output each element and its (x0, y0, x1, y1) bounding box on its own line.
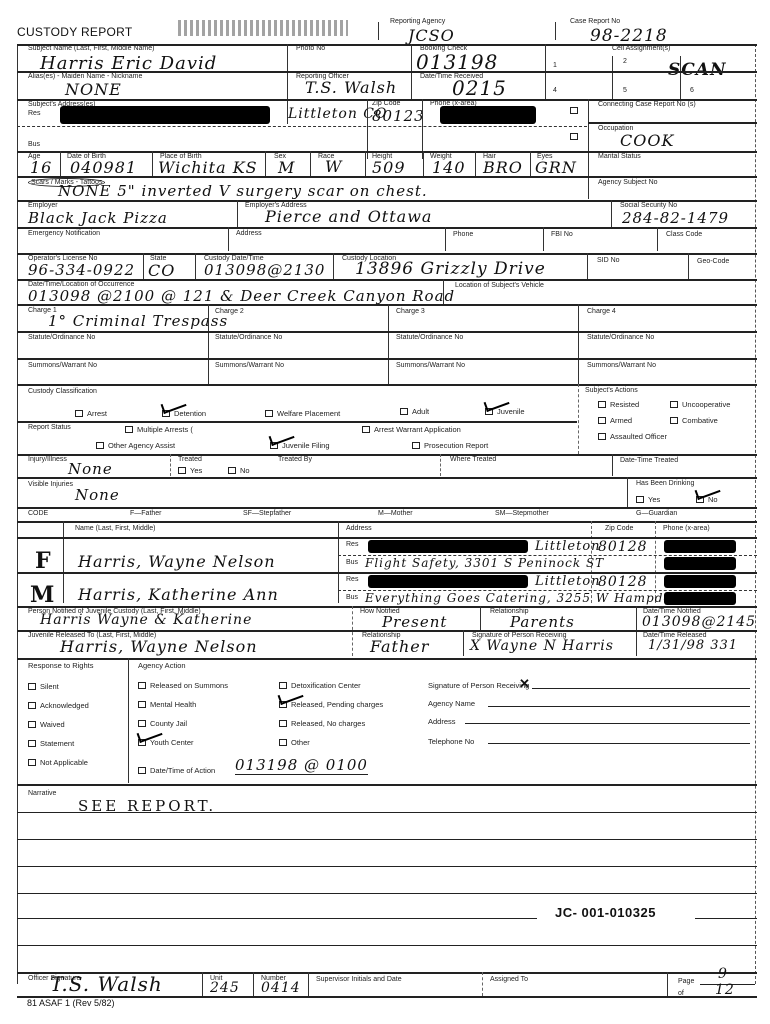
treated-yes-option[interactable]: Yes (178, 466, 202, 475)
drinking-no-option[interactable]: No (696, 495, 718, 504)
detention-option[interactable]: Detention (162, 409, 206, 418)
detox-checkbox[interactable] (279, 682, 287, 689)
father-res-city: Littleton (535, 539, 601, 554)
res-label: Res (28, 110, 40, 117)
where-treated-label: Where Treated (450, 456, 496, 463)
father-code: F (35, 548, 52, 574)
redacted-mother-address (368, 575, 528, 588)
treated-yes-checkbox[interactable] (178, 467, 186, 474)
summons-1-label: Summons/Warrant No (28, 362, 97, 369)
redacted-mother-phone (664, 575, 736, 588)
relation-name-header: Name (Last, First, Middle) (75, 525, 156, 532)
youth-center-checkbox[interactable] (138, 739, 146, 746)
form-title: CUSTODY REPORT (17, 25, 133, 39)
how-notified-value: Present (382, 613, 447, 631)
cell-6: 6 (690, 87, 694, 94)
detox-option[interactable]: Detoxification Center (279, 681, 361, 690)
relation-zip-header: Zip Code (605, 525, 633, 532)
juvenile-option[interactable]: Juvenile (485, 407, 525, 416)
released-summons-checkbox[interactable] (138, 682, 146, 689)
supervisor-label: Supervisor Initials and Date (316, 976, 402, 983)
marital-label: Marital Status (598, 153, 641, 160)
occurrence-value: 013098 @2100 @ 121 & Deer Creek Canyon R… (28, 287, 455, 305)
resisted-option[interactable]: Resisted (598, 400, 639, 409)
page-label: Page (678, 978, 694, 985)
cell-1: 1 (553, 62, 557, 69)
mother-code: M (30, 582, 55, 608)
mental-health-checkbox[interactable] (138, 701, 146, 708)
statute-4-label: Statute/Ordinance No (587, 334, 654, 341)
subject-name-label: Subject Name (Last, First, Middle Name) (28, 45, 154, 52)
waived-checkbox[interactable] (28, 721, 36, 728)
aliases-label: Alias(es) - Maiden Name - Nickname (28, 73, 142, 80)
resisted-checkbox[interactable] (598, 401, 606, 408)
youth-center-option[interactable]: Youth Center (138, 738, 194, 747)
form-number: 81 ASAF 1 (Rev 5/82) (27, 998, 115, 1008)
drinking-label: Has Been Drinking (636, 480, 694, 487)
uncooperative-checkbox[interactable] (670, 401, 678, 408)
signature-receiving-value: X Wayne N Harris (470, 638, 614, 654)
mother-bus-label: Bus (346, 594, 358, 601)
mother-res-label: Res (346, 576, 358, 583)
cell-assignment-label: Cell Assignment(s) (612, 45, 670, 52)
cell-2: 2 (623, 58, 627, 65)
injury-label: Injury/Illness (28, 456, 67, 463)
cell-5: 5 (623, 87, 627, 94)
emergency-label: Emergency Notification (28, 230, 100, 237)
photo-no-label: Photo No (296, 45, 325, 52)
rights-silent[interactable]: Silent (28, 682, 59, 691)
charge-3-label: Charge 3 (396, 308, 425, 315)
armed-option[interactable]: Armed (598, 416, 632, 425)
dt-notified-value: 013098@2145 (642, 614, 756, 630)
height-value: 509 (372, 158, 406, 177)
bus-label: Bus (28, 141, 40, 148)
prosecution-report-checkbox[interactable] (412, 442, 420, 449)
ssn-label: Social Security No (620, 202, 677, 209)
redacted-address (60, 106, 270, 124)
reporting-agency-value: JCSO (408, 26, 455, 45)
combative-checkbox[interactable] (670, 417, 678, 424)
reporting-officer-value: T.S. Walsh (305, 78, 397, 97)
released-no-charges-checkbox[interactable] (279, 720, 287, 727)
legend-stepmother: SM—Stepmother (495, 510, 549, 517)
report-status-label: Report Status (28, 424, 71, 431)
phone2-label: Phone (453, 231, 473, 238)
hair-value: BRO (483, 158, 523, 177)
state-value: CO (148, 261, 175, 280)
other-option[interactable]: Other (279, 738, 310, 747)
released-summons-option[interactable]: Released on Summons (138, 681, 228, 690)
unit-value: 245 (210, 980, 240, 996)
released-to-value: Harris, Wayne Nelson (60, 637, 258, 656)
prosecution-report-option[interactable]: Prosecution Report (412, 441, 488, 450)
scars-value: NONE 5" inverted V surgery scar on chest… (58, 182, 428, 200)
rights-waived[interactable]: Waived (28, 720, 65, 729)
uncooperative-option[interactable]: Uncooperative (670, 400, 730, 409)
adult-checkbox[interactable] (400, 408, 408, 415)
license-value: 96-334-0922 (28, 261, 135, 279)
date-time-action-checkbox[interactable] (138, 767, 146, 774)
relationship-value: Parents (510, 613, 575, 631)
classification-label: Custody Classification (28, 388, 97, 395)
mother-bus: Everything Goes Catering, 3255 W Hampden (365, 591, 680, 605)
dob-value: 040981 (70, 158, 137, 177)
sig-receiving-label: Signature of Person Receiving (428, 681, 529, 690)
pob-value: Wichita KS (158, 158, 258, 177)
drinking-yes-checkbox[interactable] (636, 496, 644, 503)
agency-action-label: Agency Action (138, 661, 186, 670)
treated-by-label: Treated By (278, 456, 312, 463)
scribble-stamp (178, 20, 348, 36)
officer-signature-value: T.S. Walsh (50, 972, 163, 996)
rights-not-applicable[interactable]: Not Applicable (28, 758, 88, 767)
charge-1-value: 1° Criminal Trespass (48, 312, 228, 330)
statement-checkbox[interactable] (28, 740, 36, 747)
geo-code-label: Geo-Code (697, 258, 729, 265)
mother-name: Harris, Katherine Ann (78, 585, 279, 604)
employer-label: Employer (28, 202, 58, 209)
sex-value: M (278, 158, 295, 177)
injury-value: None (68, 460, 113, 478)
charge-4-label: Charge 4 (587, 308, 616, 315)
county-jail-checkbox[interactable] (138, 720, 146, 727)
bus-checkbox[interactable] (570, 133, 578, 140)
narrative-label: Narrative (28, 790, 56, 797)
father-bus-label: Bus (346, 559, 358, 566)
sid-label: SID No (597, 257, 620, 264)
agency-name-label: Agency Name (428, 699, 475, 708)
zip-label: Zip Code (372, 100, 400, 107)
acknowledged-checkbox[interactable] (28, 702, 36, 709)
sig-receiving-line[interactable] (532, 688, 750, 689)
date-time-action-option[interactable]: Date/Time of Action (138, 766, 215, 775)
agency-subject-label: Agency Subject No (598, 179, 658, 186)
rights-statement[interactable]: Statement (28, 739, 74, 748)
x-mark-icon: ✕ (519, 676, 530, 692)
telephone-label: Telephone No (428, 737, 474, 746)
father-name: Harris, Wayne Nelson (78, 552, 276, 571)
legend-father: F—Father (130, 510, 162, 517)
datetime-treated-label: Date-Time Treated (620, 457, 678, 464)
zip-value: 80123 (372, 107, 425, 125)
occupation-value: COOK (620, 131, 674, 150)
mother-res-city: Littleton (535, 574, 601, 589)
redacted-father-phone (664, 540, 736, 553)
case-report-value: 98-2218 (590, 26, 668, 46)
number-value: 0414 (261, 980, 301, 996)
legend-mother: M—Mother (378, 510, 413, 517)
mother-res-zip: 80128 (598, 574, 648, 590)
summons-4-label: Summons/Warrant No (587, 362, 656, 369)
father-bus: Flight Safety, 3301 S Peninock ST (365, 556, 604, 570)
arrest-checkbox[interactable] (75, 410, 83, 417)
reporting-agency-label: Reporting Agency (390, 18, 445, 25)
welfare-checkbox[interactable] (265, 410, 273, 417)
visible-injuries-label: Visible Injuries (28, 481, 73, 488)
detention-checkbox[interactable] (162, 410, 170, 417)
page-value: 9 (718, 966, 728, 982)
arrest-warrant-checkbox[interactable] (362, 426, 370, 433)
code-label: CODE (28, 510, 48, 517)
assaulted-checkbox[interactable] (598, 433, 606, 440)
rights-acknowledged[interactable]: Acknowledged (28, 701, 89, 710)
fbi-label: FBI No (551, 231, 573, 238)
aliases-value: NONE (65, 80, 122, 99)
action-address-label: Address (428, 717, 456, 726)
treated-no-checkbox[interactable] (228, 467, 236, 474)
released-relationship-value: Father (370, 637, 429, 656)
multiple-arrests-option[interactable]: Multiple Arrests ( (125, 425, 193, 434)
employer-value: Black Jack Pizza (28, 209, 168, 227)
juvenile-checkbox[interactable] (485, 408, 493, 415)
welfare-option[interactable]: Welfare Placement (265, 409, 340, 418)
silent-checkbox[interactable] (28, 683, 36, 690)
statute-2-label: Statute/Ordinance No (215, 334, 282, 341)
cell-assignment-value: SCAN (668, 60, 727, 80)
redacted-father-address (368, 540, 528, 553)
relation-phone-header: Phone (x-area) (663, 525, 710, 532)
telephone-line[interactable] (488, 743, 750, 744)
agency-name-line[interactable] (488, 706, 750, 707)
redacted-phone (440, 106, 536, 124)
juvenile-filing-option[interactable]: Juvenile Filing (270, 441, 330, 450)
custody-datetime-value: 013098@2130 (204, 261, 325, 279)
weight-value: 140 (432, 158, 466, 177)
eyes-value: GRN (535, 158, 577, 177)
vehicle-location-label: Location of Subject's Vehicle (455, 282, 544, 289)
drinking-no-checkbox[interactable] (696, 496, 704, 503)
adult-option[interactable]: Adult (400, 407, 429, 416)
class-code-label: Class Code (666, 231, 702, 238)
dt-released-value: 1/31/98 331 (648, 638, 738, 653)
custody-location-value: 13896 Grizzly Drive (355, 259, 546, 279)
drinking-yes-option[interactable]: Yes (636, 495, 660, 504)
released-no-charges-option[interactable]: Released, No charges (279, 719, 365, 728)
released-pending-option[interactable]: Released, Pending charges (279, 700, 383, 709)
not-applicable-checkbox[interactable] (28, 759, 36, 766)
arrest-warrant-option[interactable]: Arrest Warrant Application (362, 425, 461, 434)
released-pending-checkbox[interactable] (279, 701, 287, 708)
visible-injuries-value: None (75, 486, 120, 504)
age-value: 16 (30, 158, 52, 177)
summons-2-label: Summons/Warrant No (215, 362, 284, 369)
treated-no-option[interactable]: No (228, 466, 250, 475)
assaulted-option[interactable]: Assaulted Officer (598, 432, 667, 441)
other-checkbox[interactable] (279, 739, 287, 746)
combative-option[interactable]: Combative (670, 416, 718, 425)
father-res-label: Res (346, 541, 358, 548)
armed-checkbox[interactable] (598, 417, 606, 424)
statute-1-label: Statute/Ordinance No (28, 334, 95, 341)
arrest-option[interactable]: Arrest (75, 409, 107, 418)
case-report-label: Case Report No (570, 18, 620, 25)
document-stamp: JC- 001-010325 (555, 905, 656, 920)
summons-3-label: Summons/Warrant No (396, 362, 465, 369)
cell-4: 4 (553, 87, 557, 94)
redacted-mother-bus-phone (664, 592, 736, 605)
notified-value: Harris Wayne & Katherine (40, 612, 252, 628)
other-agency-checkbox[interactable] (96, 442, 104, 449)
action-address-line[interactable] (465, 723, 750, 724)
legend-guardian: G—Guardian (636, 510, 677, 517)
county-jail-option[interactable]: County Jail (138, 719, 187, 728)
legend-stepfather: SF—Stepfather (243, 510, 291, 517)
multiple-arrests-checkbox[interactable] (125, 426, 133, 433)
date-time-received-value: 0215 (452, 76, 507, 100)
other-agency-option[interactable]: Other Agency Assist (96, 441, 175, 450)
res-checkbox[interactable] (570, 107, 578, 114)
ssn-value: 284-82-1479 (622, 209, 729, 227)
mental-health-option[interactable]: Mental Health (138, 700, 196, 709)
employer-address-value: Pierce and Ottawa (265, 207, 432, 226)
subject-actions-label: Subject's Actions (585, 387, 638, 394)
assigned-to-label: Assigned To (490, 976, 528, 983)
connecting-case-label: Connecting Case Report No (s) (598, 101, 696, 108)
redacted-father-bus-phone (664, 557, 736, 570)
rights-label: Response to Rights (28, 661, 93, 670)
date-time-action-value: 013198 @ 0100 (235, 756, 368, 775)
race-value: W (325, 157, 342, 176)
father-res-zip: 80128 (598, 539, 648, 555)
charge-2-label: Charge 2 (215, 308, 244, 315)
statute-3-label: Statute/Ordinance No (396, 334, 463, 341)
juvenile-filing-checkbox[interactable] (270, 442, 278, 449)
address2-label: Address (236, 230, 262, 237)
treated-label: Treated (178, 456, 202, 463)
relation-address-header: Address (346, 525, 372, 532)
